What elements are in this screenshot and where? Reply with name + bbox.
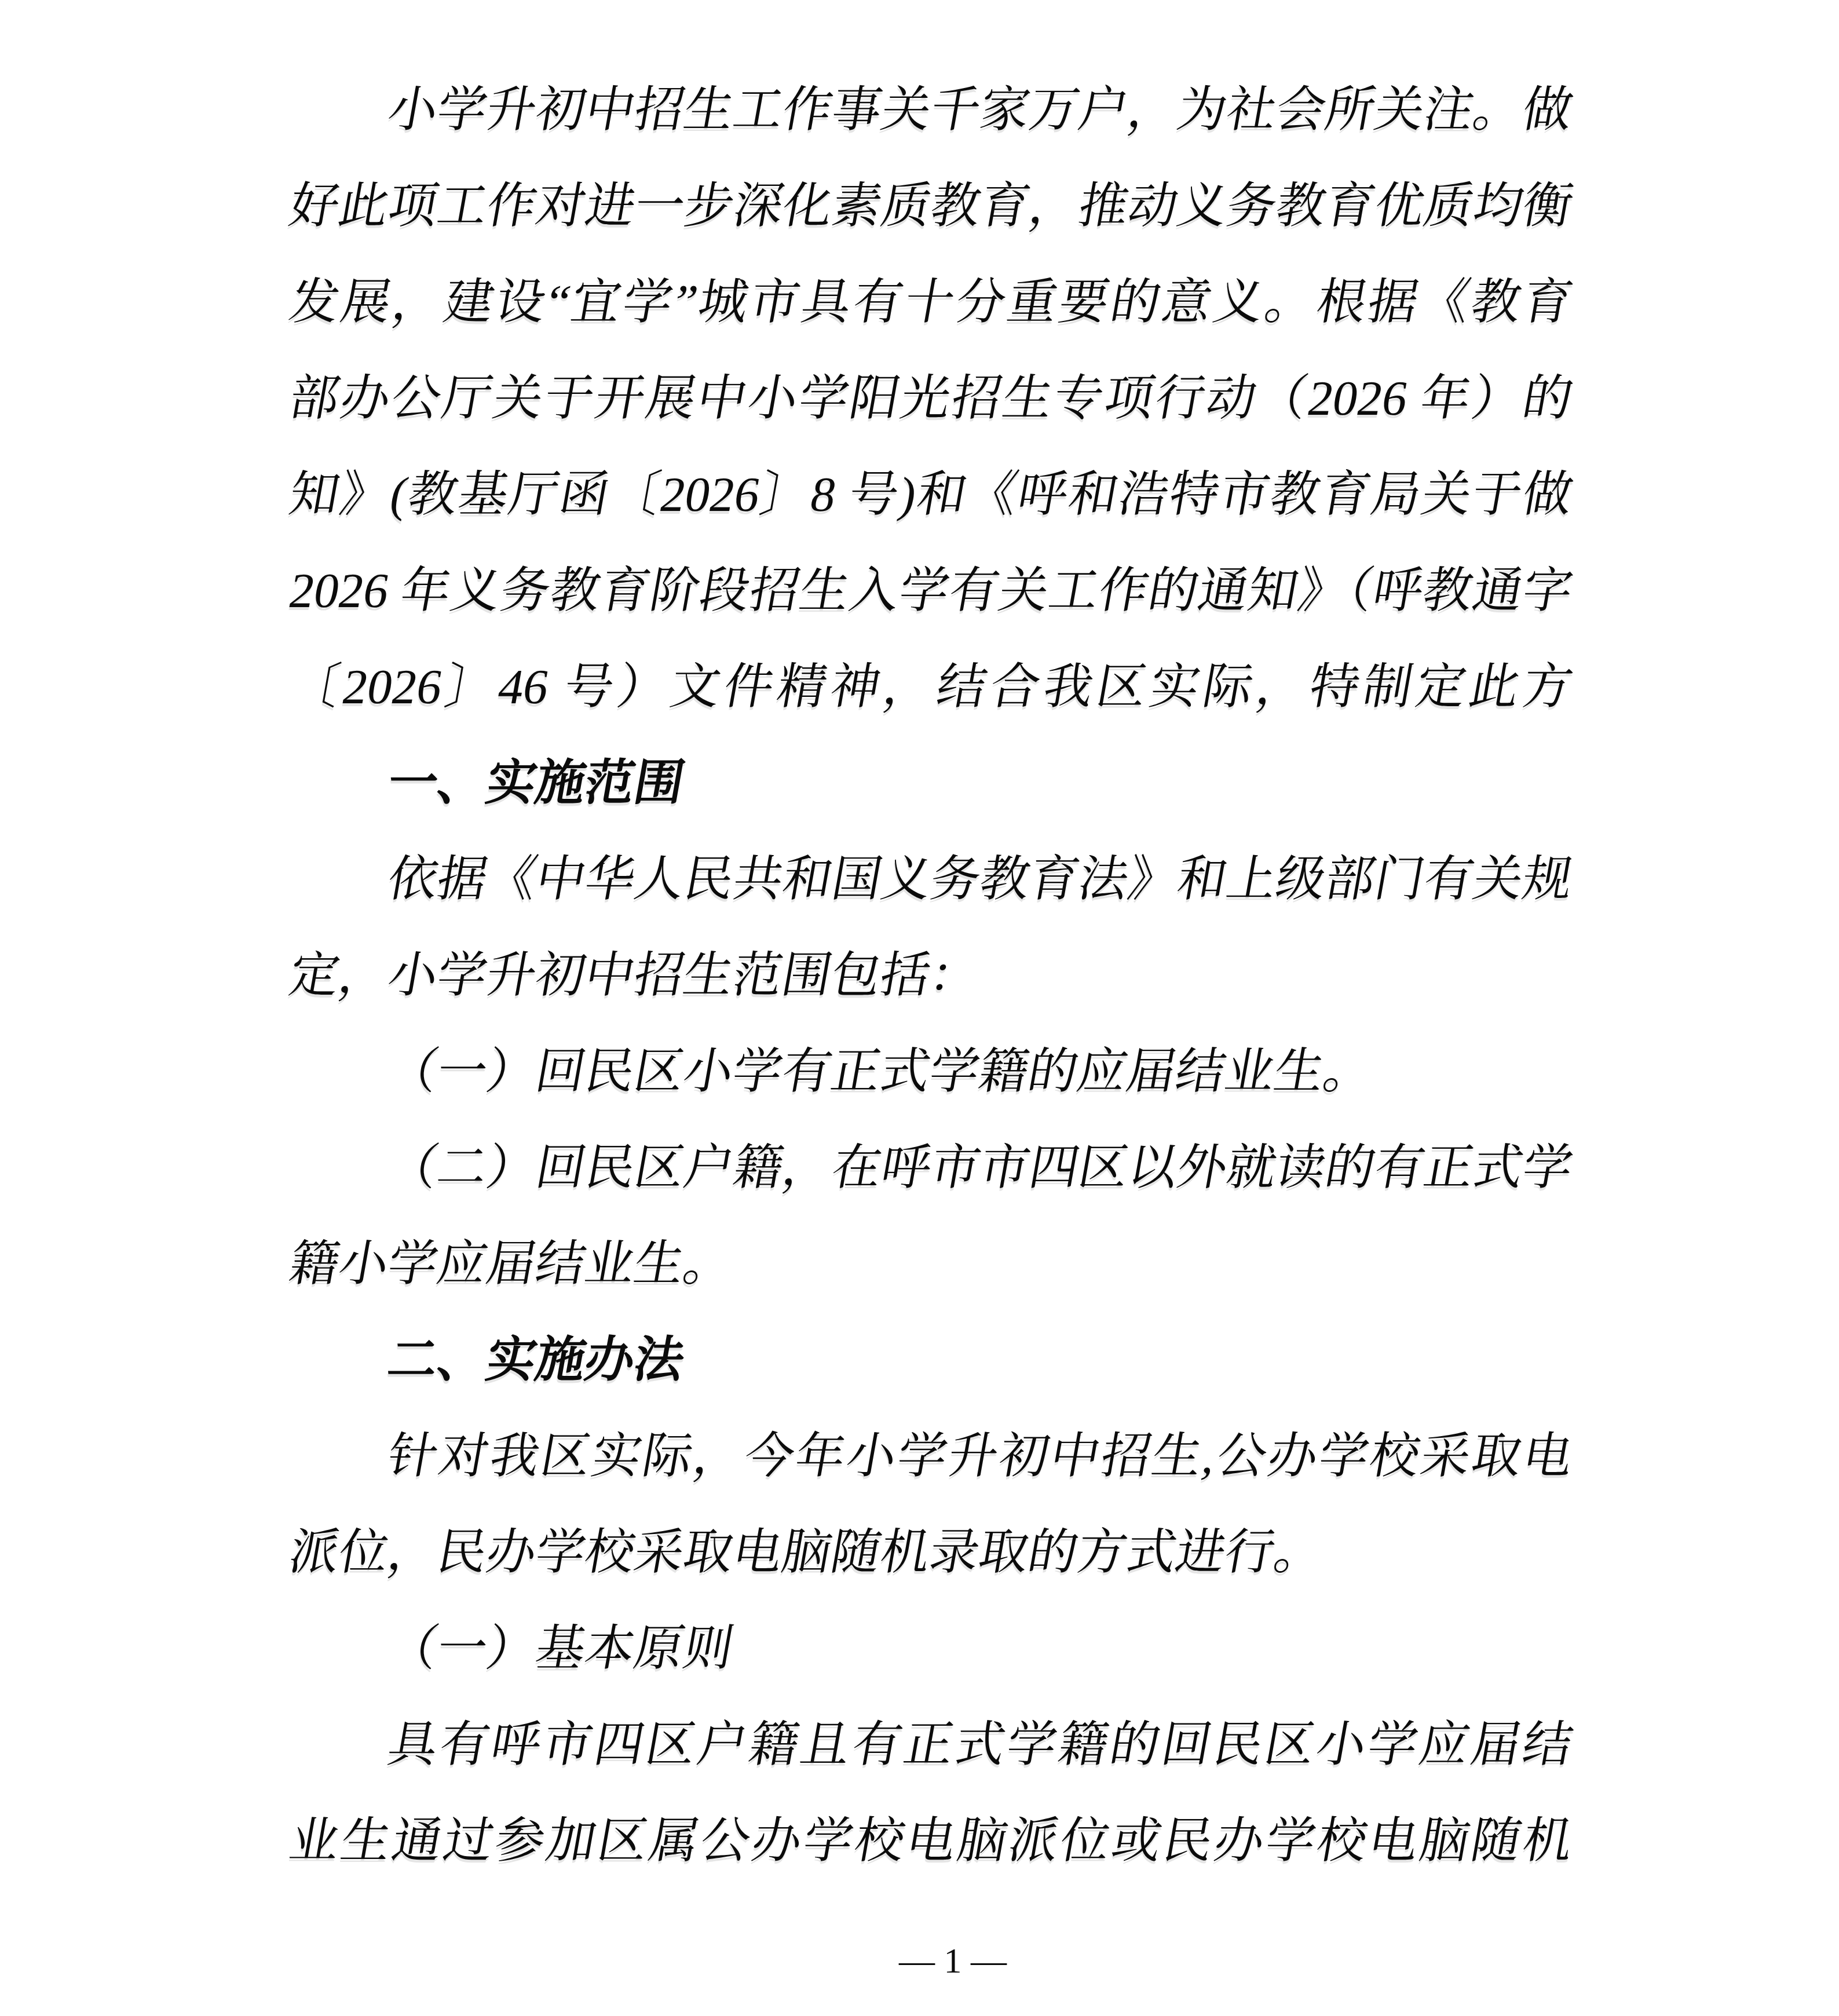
- list-item-line: （一）回民区小学有正式学籍的应届结业生。: [281, 1024, 1581, 1120]
- text-line: 具有呼市四区户籍且有正式学籍的回民区小学应届结: [281, 1697, 1581, 1793]
- text-line: 知》(教基厅函〔2026〕8 号)和《呼和浩特市教育局关于做好: [281, 447, 1581, 543]
- document-page: 小学升初中招生工作事关千家万户，为社会所关注。做 好此项工作对进一步深化素质教育…: [0, 0, 1839, 2016]
- text-line: 针对我区实际，今年小学升初中招生,公办学校采取电脑: [281, 1408, 1581, 1504]
- text-line: 派位，民办学校采取电脑随机录取的方式进行。: [281, 1504, 1581, 1601]
- text-line: 〔2026〕46 号）文件精神，结合我区实际，特制定此方案。: [281, 639, 1581, 735]
- section-heading-1: 一、实施范围: [281, 735, 1581, 831]
- text-line: 发展，建设“宜学”城市具有十分重要的意义。根据《教育: [281, 254, 1581, 350]
- text-line: 籍小学应届结业生。: [281, 1216, 1581, 1312]
- sub-heading-line: （一）基本原则: [281, 1601, 1581, 1697]
- text-line: 好此项工作对进一步深化素质教育，推动义务教育优质均衡: [281, 158, 1581, 254]
- text-line: 业生通过参加区属公办学校电脑派位或民办学校电脑随机: [281, 1793, 1581, 1889]
- text-line: 小学升初中招生工作事关千家万户，为社会所关注。做: [281, 62, 1581, 158]
- text-line: 2026 年义务教育阶段招生入学有关工作的通知》（呼教通字: [281, 543, 1581, 639]
- text-line: 定，小学升初中招生范围包括：: [281, 927, 1581, 1024]
- text-line: 依据《中华人民共和国义务教育法》和上级部门有关规: [281, 831, 1581, 927]
- page-number: — 1 —: [312, 1929, 1594, 1993]
- text-line: 部办公厅关于开展中小学阳光招生专项行动（2026 年）的通: [281, 350, 1581, 447]
- document-body: 小学升初中招生工作事关千家万户，为社会所关注。做 好此项工作对进一步深化素质教育…: [281, 62, 1564, 1889]
- list-item-line: （二）回民区户籍，在呼市市四区以外就读的有正式学: [281, 1120, 1581, 1216]
- section-heading-2: 二、实施办法: [281, 1312, 1581, 1408]
